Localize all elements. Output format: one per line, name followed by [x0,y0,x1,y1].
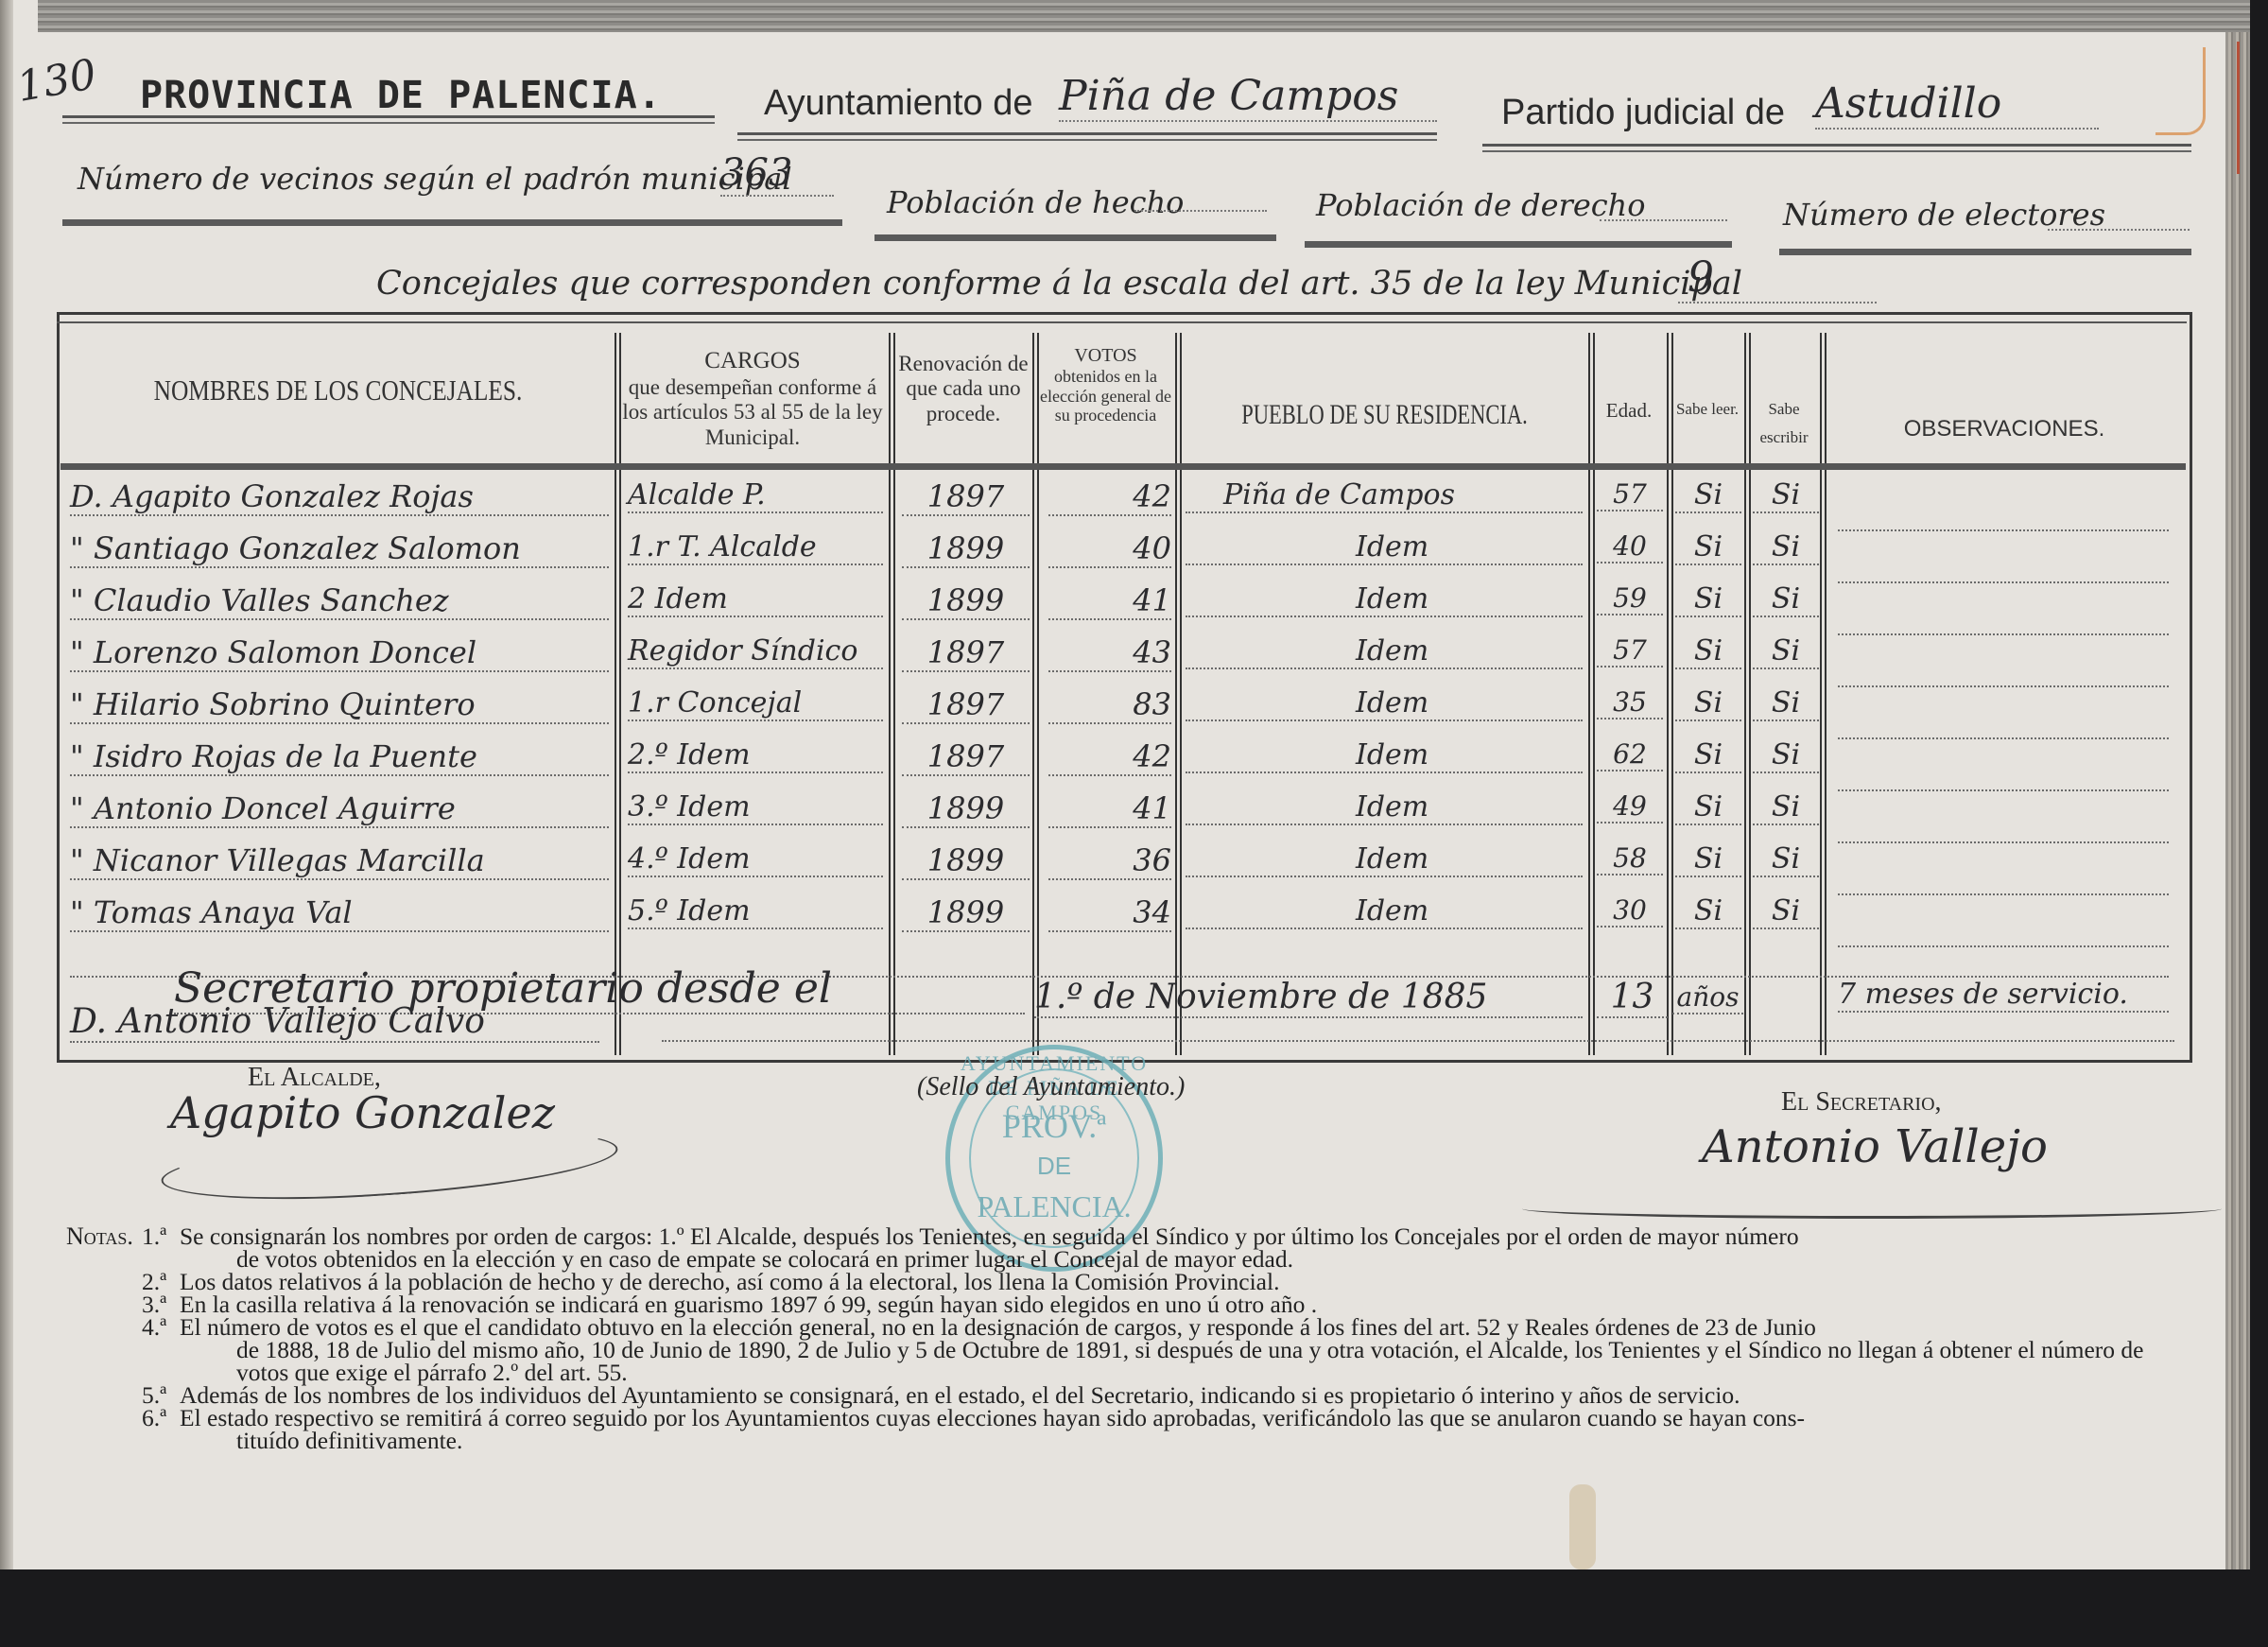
table-row: " Isidro Rojas de la Puente 2.º Idem 189… [61,733,2186,789]
paper-stain [1569,1484,1596,1569]
cell-leer: Si [1675,530,1741,565]
cargos-title: CARGOS [616,348,889,375]
book-top-edge [38,0,2250,32]
cell-renovacion: 1899 [902,790,1030,828]
rule [737,132,1437,135]
note-number: 4.ª [142,1316,166,1339]
cell-renovacion: 1899 [902,842,1030,880]
cell-cargo: 4.º Idem [628,842,883,877]
last-row-rule [662,1038,2174,1042]
note-number: 6.ª [142,1407,166,1430]
table-row: " Tomas Anaya Val 5.º Idem 1899 34 Idem … [61,889,2186,945]
cell-escribir: Si [1753,686,1819,721]
secretario-months: 7 meses de servicio. [1838,978,2169,1013]
cell-leer: Si [1675,738,1741,773]
cell-edad: 58 [1597,842,1663,876]
book-right-edge [2225,32,2250,1569]
cell-nombre: " Lorenzo Salomon Doncel [70,634,609,672]
secretario-years: 13 [1597,978,1668,1018]
col-header-sabe-leer: Sabe leer. [1671,395,1743,424]
cell-nombre: " Santiago Gonzalez Salomon [70,530,609,568]
notes-section: Notas. 1.ª Se consignarán los nombres po… [66,1225,2193,1452]
col-header-sabe-escribir: Sabe escribir [1748,395,1820,452]
cell-votos: 40 [1048,530,1171,568]
partido-judicial-label: Partido judicial de [1501,93,1785,133]
secretario-signature: Antonio Vallejo [1702,1120,2048,1173]
provincia-title: PROVINCIA DE PALENCIA. [140,74,662,117]
note-item: 4.ª El número de votos es el que el cand… [66,1316,2193,1384]
cell-cargo: 2.º Idem [628,738,883,773]
note-number: 1.ª [142,1225,166,1248]
cell-nombre: " Claudio Valles Sanchez [70,582,609,620]
cell-nombre: " Hilario Sobrino Quintero [70,686,609,724]
cell-cargo: 3.º Idem [628,790,883,825]
concejales-value: 9 [1678,253,1877,303]
col-header-cargos: CARGOS que desempeñan conforme á los art… [616,348,889,450]
cell-pueblo: Idem [1186,582,1583,617]
stamp-line-3: PALENCIA. [950,1189,1158,1224]
cell-cargo: 1.r Concejal [628,686,883,721]
ayuntamiento-value: Piña de Campos [1059,72,1437,122]
cell-nombre: " Tomas Anaya Val [70,894,609,932]
secretario-name: D. Antonio Vallejo Calvo [70,1002,599,1043]
note-continuation: tituído definitivamente. [180,1430,2193,1452]
rule [1305,241,1732,248]
table-row: " Lorenzo Salomon Doncel Regidor Síndico… [61,629,2186,685]
cell-renovacion: 1899 [902,582,1030,620]
electores-label: Número de electores [1783,197,2105,233]
col-header-observaciones: OBSERVACIONES. [1825,416,2184,442]
rule [62,219,842,226]
folio-number: 130 [13,50,100,112]
cell-leer: Si [1675,842,1741,877]
sello-label: (Sello del Ayuntamiento.) [917,1072,1185,1102]
cell-edad: 30 [1597,894,1663,928]
header-separator [61,463,2186,470]
vecinos-value: 363 [720,151,834,197]
concejales-label: Concejales que corresponden conforme á l… [376,265,1742,303]
cell-pueblo: Idem [1186,634,1583,669]
cell-votos: 36 [1048,842,1171,880]
cell-escribir: Si [1753,478,1819,513]
vecinos-label: Número de vecinos según el padrón munici… [78,161,792,197]
cell-nombre: " Isidro Rojas de la Puente [70,738,609,776]
col-header-nombres: NOMBRES DE LOS CONCEJALES. [115,373,562,407]
cell-votos: 83 [1048,686,1171,724]
cell-escribir: Si [1753,530,1819,565]
rule [1482,144,2191,147]
cell-edad: 57 [1597,634,1663,667]
col-header-pueblo: PUEBLO DE SU RESIDENCIA. [1234,399,1535,432]
book-left-edge [0,0,13,1569]
rule [57,321,2187,323]
cell-edad: 59 [1597,582,1663,615]
rule [874,234,1276,241]
poblacion-derecho-value [1600,219,1727,221]
note-item: 6.ª El estado respectivo se remitirá á c… [66,1407,2193,1452]
cell-renovacion: 1897 [902,686,1030,724]
cell-cargo: 1.r T. Alcalde [628,530,883,565]
table-row: " Hilario Sobrino Quintero 1.r Concejal … [61,681,2186,737]
cell-renovacion: 1899 [902,894,1030,932]
cell-pueblo: Idem [1186,894,1583,929]
cell-votos: 43 [1048,634,1171,672]
cell-votos: 41 [1048,582,1171,620]
note-continuation: de 1888, 18 de Julio del mismo año, 10 d… [180,1339,2193,1384]
cell-escribir: Si [1753,634,1819,669]
stamp-line-1: PROV.ª [950,1106,1158,1146]
cell-votos: 42 [1048,478,1171,516]
cell-pueblo: Idem [1186,790,1583,825]
cell-leer: Si [1675,790,1741,825]
table-row: D. Agapito Gonzalez Rojas Alcalde P. 189… [61,473,2186,529]
cell-edad: 35 [1597,686,1663,719]
stamp-line-2: DE [950,1152,1158,1181]
cell-renovacion: 1897 [902,634,1030,672]
cell-escribir: Si [1753,790,1819,825]
signature-flourish [1522,1199,2222,1219]
col-header-renovacion: Renovación de que cada uno procede. [896,352,1030,426]
cell-edad: 40 [1597,530,1663,563]
votos-subtitle: obtenidos en la elección general de su p… [1038,367,1173,425]
votos-title: VOTOS [1038,345,1173,367]
document-page: 130 PROVINCIA DE PALENCIA. Ayuntamiento … [0,0,2250,1569]
cell-pueblo: Piña de Campos [1186,478,1583,513]
col-header-votos: VOTOS obtenidos en la elección general d… [1038,345,1173,425]
secretario-since-date: 1.º de Noviembre de 1885 [1034,978,1583,1018]
cargos-subtitle: que desempeñan conforme á los artículos … [616,375,889,450]
table-row: " Claudio Valles Sanchez 2 Idem 1899 41 … [61,577,2186,633]
cell-edad: 62 [1597,738,1663,771]
cell-cargo: 5.º Idem [628,894,883,929]
poblacion-hecho-value [1134,210,1267,212]
electores-value [2048,229,2190,231]
secretario-label: El Secretario, [1781,1087,1942,1118]
cell-escribir: Si [1753,894,1819,929]
cell-leer: Si [1675,686,1741,721]
poblacion-hecho-label: Población de hecho [887,184,1184,220]
cell-nombre: " Nicanor Villegas Marcilla [70,842,609,880]
cell-renovacion: 1897 [902,478,1030,516]
cell-nombre: " Antonio Doncel Aguirre [70,790,609,828]
cell-leer: Si [1675,478,1741,513]
table-row: " Santiago Gonzalez Salomon 1.r T. Alcal… [61,525,2186,581]
cell-votos: 34 [1048,894,1171,932]
ayuntamiento-label: Ayuntamiento de [764,83,1033,124]
cell-leer: Si [1675,582,1741,617]
cell-votos: 41 [1048,790,1171,828]
cell-escribir: Si [1753,582,1819,617]
cell-leer: Si [1675,634,1741,669]
cell-edad: 49 [1597,790,1663,823]
cell-edad: 57 [1597,478,1663,511]
cell-cargo: 2 Idem [628,582,883,617]
cell-renovacion: 1899 [902,530,1030,568]
cell-escribir: Si [1753,738,1819,773]
col-header-edad: Edad. [1592,399,1666,422]
rule [62,115,715,118]
cell-renovacion: 1897 [902,738,1030,776]
table-row: " Antonio Doncel Aguirre 3.º Idem 1899 4… [61,785,2186,841]
partido-judicial-value: Astudillo [1815,79,2099,130]
cell-pueblo: Idem [1186,842,1583,877]
cell-cargo: Alcalde P. [628,478,883,513]
table-row: " Nicanor Villegas Marcilla 4.º Idem 189… [61,837,2186,893]
note-item: 1.ª Se consignarán los nombres por orden… [66,1225,2193,1271]
cell-nombre: D. Agapito Gonzalez Rojas [70,478,609,516]
cell-leer: Si [1675,894,1741,929]
cell-escribir: Si [1753,842,1819,877]
cell-observaciones [1838,927,2169,947]
cell-pueblo: Idem [1186,738,1583,773]
secretario-years-unit: años [1672,981,1743,1014]
cell-cargo: Regidor Síndico [628,634,883,669]
paper-tear-mark [2155,47,2206,135]
poblacion-derecho-label: Población de derecho [1316,187,1646,223]
cell-pueblo: Idem [1186,686,1583,721]
cell-pueblo: Idem [1186,530,1583,565]
cell-votos: 42 [1048,738,1171,776]
